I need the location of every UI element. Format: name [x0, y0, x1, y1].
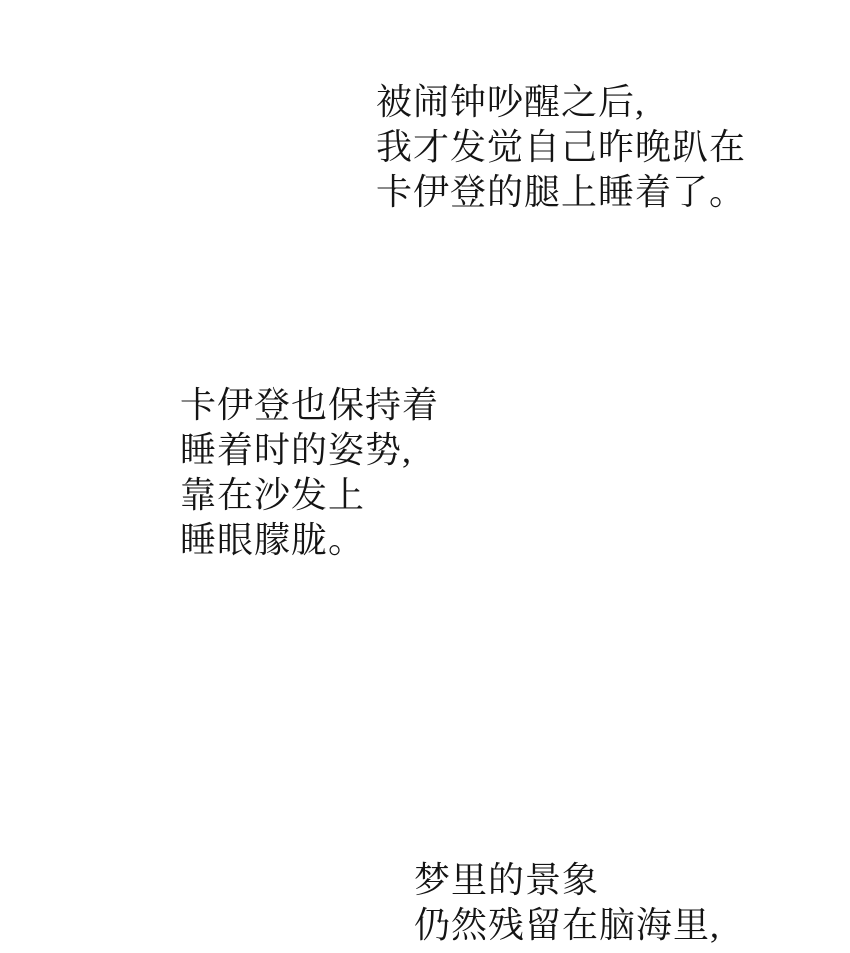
- narration-line: 睡眼朦胧。: [180, 518, 439, 563]
- narration-line: 梦里的景象: [414, 858, 720, 903]
- narration-line: 卡伊登也保持着: [180, 383, 439, 428]
- narration-line: 睡着时的姿势,: [180, 428, 439, 473]
- narration-line: 仍然残留在脑海里,: [414, 903, 720, 948]
- narration-block-2: 卡伊登也保持着 睡着时的姿势, 靠在沙发上 睡眼朦胧。: [180, 383, 439, 563]
- narration-line: 靠在沙发上: [180, 473, 439, 518]
- narration-line: 被闹钟吵醒之后,: [376, 80, 746, 125]
- narration-line: 我才发觉自己昨晚趴在: [376, 125, 746, 170]
- narration-block-1: 被闹钟吵醒之后, 我才发觉自己昨晚趴在 卡伊登的腿上睡着了。: [376, 80, 746, 215]
- webtoon-page: 被闹钟吵醒之后, 我才发觉自己昨晚趴在 卡伊登的腿上睡着了。 卡伊登也保持着 睡…: [0, 0, 850, 953]
- narration-block-3: 梦里的景象 仍然残留在脑海里,: [414, 858, 720, 948]
- narration-line: 卡伊登的腿上睡着了。: [376, 170, 746, 215]
